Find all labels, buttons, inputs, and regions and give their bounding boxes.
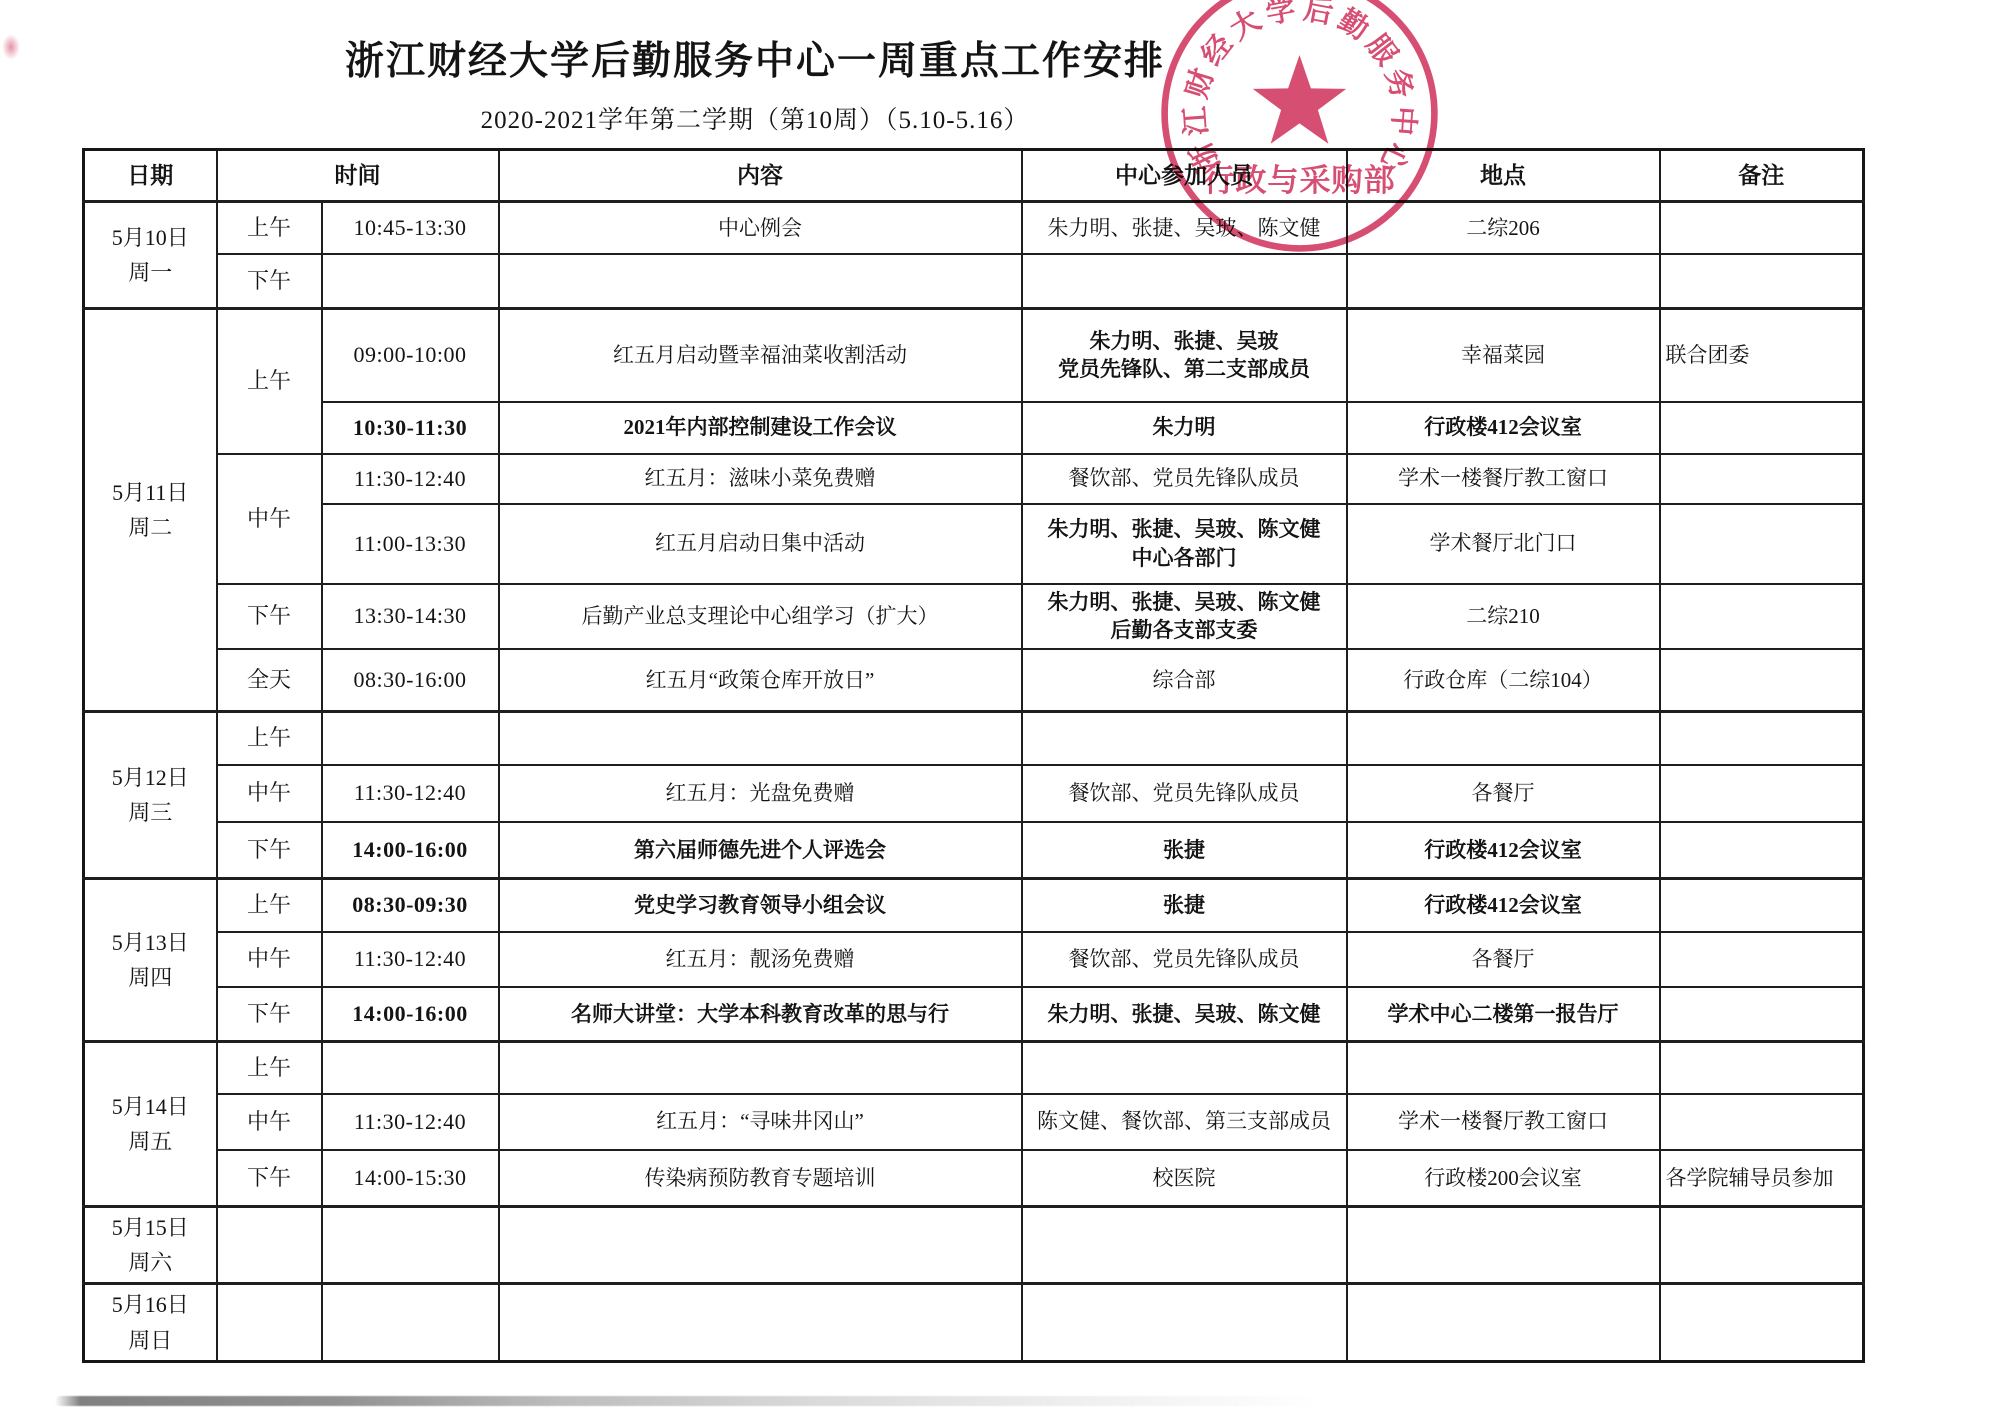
note-cell [1660,402,1864,454]
content-cell: 中心例会 [499,202,1022,254]
time-cell: 10:30-11:30 [322,402,499,454]
time-cell: 10:45-13:30 [322,202,499,254]
document-page: 浙江财经大学后勤服务中心一周重点工作安排 2020-2021学年第二学期（第10… [0,0,2000,1410]
location-cell: 行政楼412会议室 [1347,879,1660,932]
time-cell: 09:00-10:00 [322,309,499,402]
note-cell [1660,765,1864,822]
column-header-content: 内容 [499,150,1022,202]
content-cell: 名师大讲堂：大学本科教育改革的思与行 [499,987,1022,1042]
table-row: 5月14日周五 上午 [84,1042,1864,1094]
location-cell [1347,712,1660,765]
ink-speck [2,34,20,60]
date-cell: 5月15日周六 [84,1207,217,1284]
period-cell: 下午 [217,254,322,309]
time-cell: 08:30-09:30 [322,879,499,932]
table-row: 中午 11:30-12:40 红五月：“寻味井冈山” 陈文健、餐饮部、第三支部成… [84,1094,1864,1150]
note-cell [1660,1207,1864,1284]
content-cell: 红五月：滋味小菜免费赠 [499,454,1022,504]
period-cell: 上午 [217,712,322,765]
table-row: 中午 11:30-12:40 红五月：滋味小菜免费赠 餐饮部、党员先锋队成员 学… [84,454,1864,504]
participants-cell [1022,254,1347,309]
note-cell [1660,584,1864,649]
period-cell: 下午 [217,1150,322,1207]
content-cell: 党史学习教育领导小组会议 [499,879,1022,932]
content-cell: 2021年内部控制建设工作会议 [499,402,1022,454]
content-cell: 红五月启动暨幸福油菜收割活动 [499,309,1022,402]
note-cell [1660,1042,1864,1094]
time-cell [322,1042,499,1094]
participants-cell [1022,712,1347,765]
table-row: 下午 14:00-16:00 第六届师德先进个人评选会 张捷 行政楼412会议室 [84,822,1864,879]
location-cell: 二综210 [1347,584,1660,649]
time-cell: 11:30-12:40 [322,1094,499,1150]
note-cell [1660,822,1864,879]
participants-cell: 朱力明、张捷、吴玻、陈文健 [1022,202,1347,254]
participants-cell: 朱力明 [1022,402,1347,454]
content-cell: 红五月：光盘免费赠 [499,765,1022,822]
period-cell [217,1207,322,1284]
participants-cell: 张捷 [1022,879,1347,932]
time-cell: 11:30-12:40 [322,932,499,987]
participants-cell [1022,1284,1347,1361]
location-cell [1347,1042,1660,1094]
location-cell: 学术一楼餐厅教工窗口 [1347,454,1660,504]
participants-cell: 餐饮部、党员先锋队成员 [1022,765,1347,822]
participants-cell [1022,1042,1347,1094]
participants-cell: 餐饮部、党员先锋队成员 [1022,932,1347,987]
time-cell: 14:00-15:30 [322,1150,499,1207]
period-cell: 中午 [217,765,322,822]
table-row: 中午 11:30-12:40 红五月：光盘免费赠 餐饮部、党员先锋队成员 各餐厅 [84,765,1864,822]
location-cell: 行政仓库（二综104） [1347,649,1660,712]
date-cell: 5月14日周五 [84,1042,217,1207]
time-cell: 11:00-13:30 [322,504,499,584]
table-row: 5月15日周六 [84,1207,1864,1284]
participants-cell: 朱力明、张捷、吴玻、陈文健 [1022,987,1347,1042]
period-cell [217,1284,322,1361]
time-cell [322,712,499,765]
period-cell: 下午 [217,822,322,879]
date-cell: 5月10日周一 [84,202,217,309]
period-cell: 上午 [217,879,322,932]
participants-cell: 校医院 [1022,1150,1347,1207]
note-cell: 联合团委 [1660,309,1864,402]
note-cell [1660,1094,1864,1150]
table-row: 5月10日周一 上午 10:45-13:30 中心例会 朱力明、张捷、吴玻、陈文… [84,202,1864,254]
time-cell: 14:00-16:00 [322,822,499,879]
period-cell: 上午 [217,309,322,454]
period-cell: 中午 [217,932,322,987]
location-cell: 各餐厅 [1347,932,1660,987]
table-row: 11:00-13:30 红五月启动日集中活动 朱力明、张捷、吴玻、陈文健中心各部… [84,504,1864,584]
svg-text:后: 后 [1301,0,1336,30]
period-cell: 下午 [217,584,322,649]
table-row: 5月13日周四 上午 08:30-09:30 党史学习教育领导小组会议 张捷 行… [84,879,1864,932]
location-cell: 行政楼412会议室 [1347,402,1660,454]
schedule-table: 日期 时间 内容 中心参加人员 地点 备注 5月10日周一 上午 10:45-1… [82,148,1865,1363]
content-cell [499,1042,1022,1094]
location-cell [1347,1284,1660,1361]
content-cell: 第六届师德先进个人评选会 [499,822,1022,879]
note-cell [1660,1284,1864,1361]
table-row: 下午 [84,254,1864,309]
note-cell [1660,932,1864,987]
participants-cell: 朱力明、张捷、吴玻、陈文健中心各部门 [1022,504,1347,584]
note-cell [1660,254,1864,309]
participants-cell [1022,1207,1347,1284]
location-cell: 学术餐厅北门口 [1347,504,1660,584]
content-cell: 红五月：靓汤免费赠 [499,932,1022,987]
participants-cell: 综合部 [1022,649,1347,712]
column-header-note: 备注 [1660,150,1864,202]
table-row: 10:30-11:30 2021年内部控制建设工作会议 朱力明 行政楼412会议… [84,402,1864,454]
content-cell [499,254,1022,309]
participants-cell: 餐饮部、党员先锋队成员 [1022,454,1347,504]
period-cell: 下午 [217,987,322,1042]
date-cell: 5月11日周二 [84,309,217,712]
content-cell: 红五月启动日集中活动 [499,504,1022,584]
location-cell: 行政楼200会议室 [1347,1150,1660,1207]
note-cell [1660,454,1864,504]
location-cell: 幸福菜园 [1347,309,1660,402]
time-cell: 11:30-12:40 [322,765,499,822]
note-cell [1660,202,1864,254]
note-cell [1660,649,1864,712]
note-cell: 各学院辅导员参加 [1660,1150,1864,1207]
date-cell: 5月13日周四 [84,879,217,1042]
period-cell: 全天 [217,649,322,712]
content-cell: 红五月：“寻味井冈山” [499,1094,1022,1150]
period-cell: 中午 [217,1094,322,1150]
location-cell: 学术一楼餐厅教工窗口 [1347,1094,1660,1150]
date-cell: 5月12日周三 [84,712,217,879]
content-cell: 传染病预防教育专题培训 [499,1150,1022,1207]
table-row: 下午 14:00-16:00 名师大讲堂：大学本科教育改革的思与行 朱力明、张捷… [84,987,1864,1042]
time-cell: 08:30-16:00 [322,649,499,712]
table-row: 5月11日周二 上午 09:00-10:00 红五月启动暨幸福油菜收割活动 朱力… [84,309,1864,402]
column-header-participants: 中心参加人员 [1022,150,1347,202]
content-cell: 后勤产业总支理论中心组学习（扩大） [499,584,1022,649]
content-cell [499,712,1022,765]
time-cell: 11:30-12:40 [322,454,499,504]
note-cell [1660,987,1864,1042]
table-row: 全天 08:30-16:00 红五月“政策仓库开放日” 综合部 行政仓库（二综1… [84,649,1864,712]
table-row: 中午 11:30-12:40 红五月：靓汤免费赠 餐饮部、党员先锋队成员 各餐厅 [84,932,1864,987]
location-cell [1347,1207,1660,1284]
participants-cell: 张捷 [1022,822,1347,879]
page-title: 浙江财经大学后勤服务中心一周重点工作安排 [0,30,1510,86]
note-cell [1660,712,1864,765]
table-row: 5月12日周三 上午 [84,712,1864,765]
note-cell [1660,504,1864,584]
table-row: 下午 14:00-15:30 传染病预防教育专题培训 校医院 行政楼200会议室… [84,1150,1864,1207]
document-heading: 浙江财经大学后勤服务中心一周重点工作安排 2020-2021学年第二学期（第10… [0,30,1510,136]
participants-cell: 朱力明、张捷、吴玻、陈文健后勤各支部支委 [1022,584,1347,649]
content-cell: 红五月“政策仓库开放日” [499,649,1022,712]
time-cell: 13:30-14:30 [322,584,499,649]
date-cell: 5月16日周日 [84,1284,217,1361]
time-cell [322,1207,499,1284]
time-cell: 14:00-16:00 [322,987,499,1042]
location-cell: 二综206 [1347,202,1660,254]
content-cell [499,1207,1022,1284]
location-cell: 行政楼412会议室 [1347,822,1660,879]
participants-cell: 朱力明、张捷、吴玻党员先锋队、第二支部成员 [1022,309,1347,402]
location-cell: 学术中心二楼第一报告厅 [1347,987,1660,1042]
period-cell: 中午 [217,454,322,584]
column-header-location: 地点 [1347,150,1660,202]
time-cell [322,1284,499,1361]
content-cell [499,1284,1022,1361]
time-cell [322,254,499,309]
table-row: 5月16日周日 [84,1284,1864,1361]
period-cell: 上午 [217,202,322,254]
svg-text:学: 学 [1263,0,1298,30]
table-header-row: 日期 时间 内容 中心参加人员 地点 备注 [84,150,1864,202]
location-cell: 各餐厅 [1347,765,1660,822]
column-header-time: 时间 [217,150,499,202]
note-cell [1660,879,1864,932]
location-cell [1347,254,1660,309]
period-cell: 上午 [217,1042,322,1094]
scan-smudge [55,1396,1315,1406]
page-subtitle: 2020-2021学年第二学期（第10周）（5.10-5.16） [0,100,1510,136]
table-row: 下午 13:30-14:30 后勤产业总支理论中心组学习（扩大） 朱力明、张捷、… [84,584,1864,649]
column-header-date: 日期 [84,150,217,202]
participants-cell: 陈文健、餐饮部、第三支部成员 [1022,1094,1347,1150]
